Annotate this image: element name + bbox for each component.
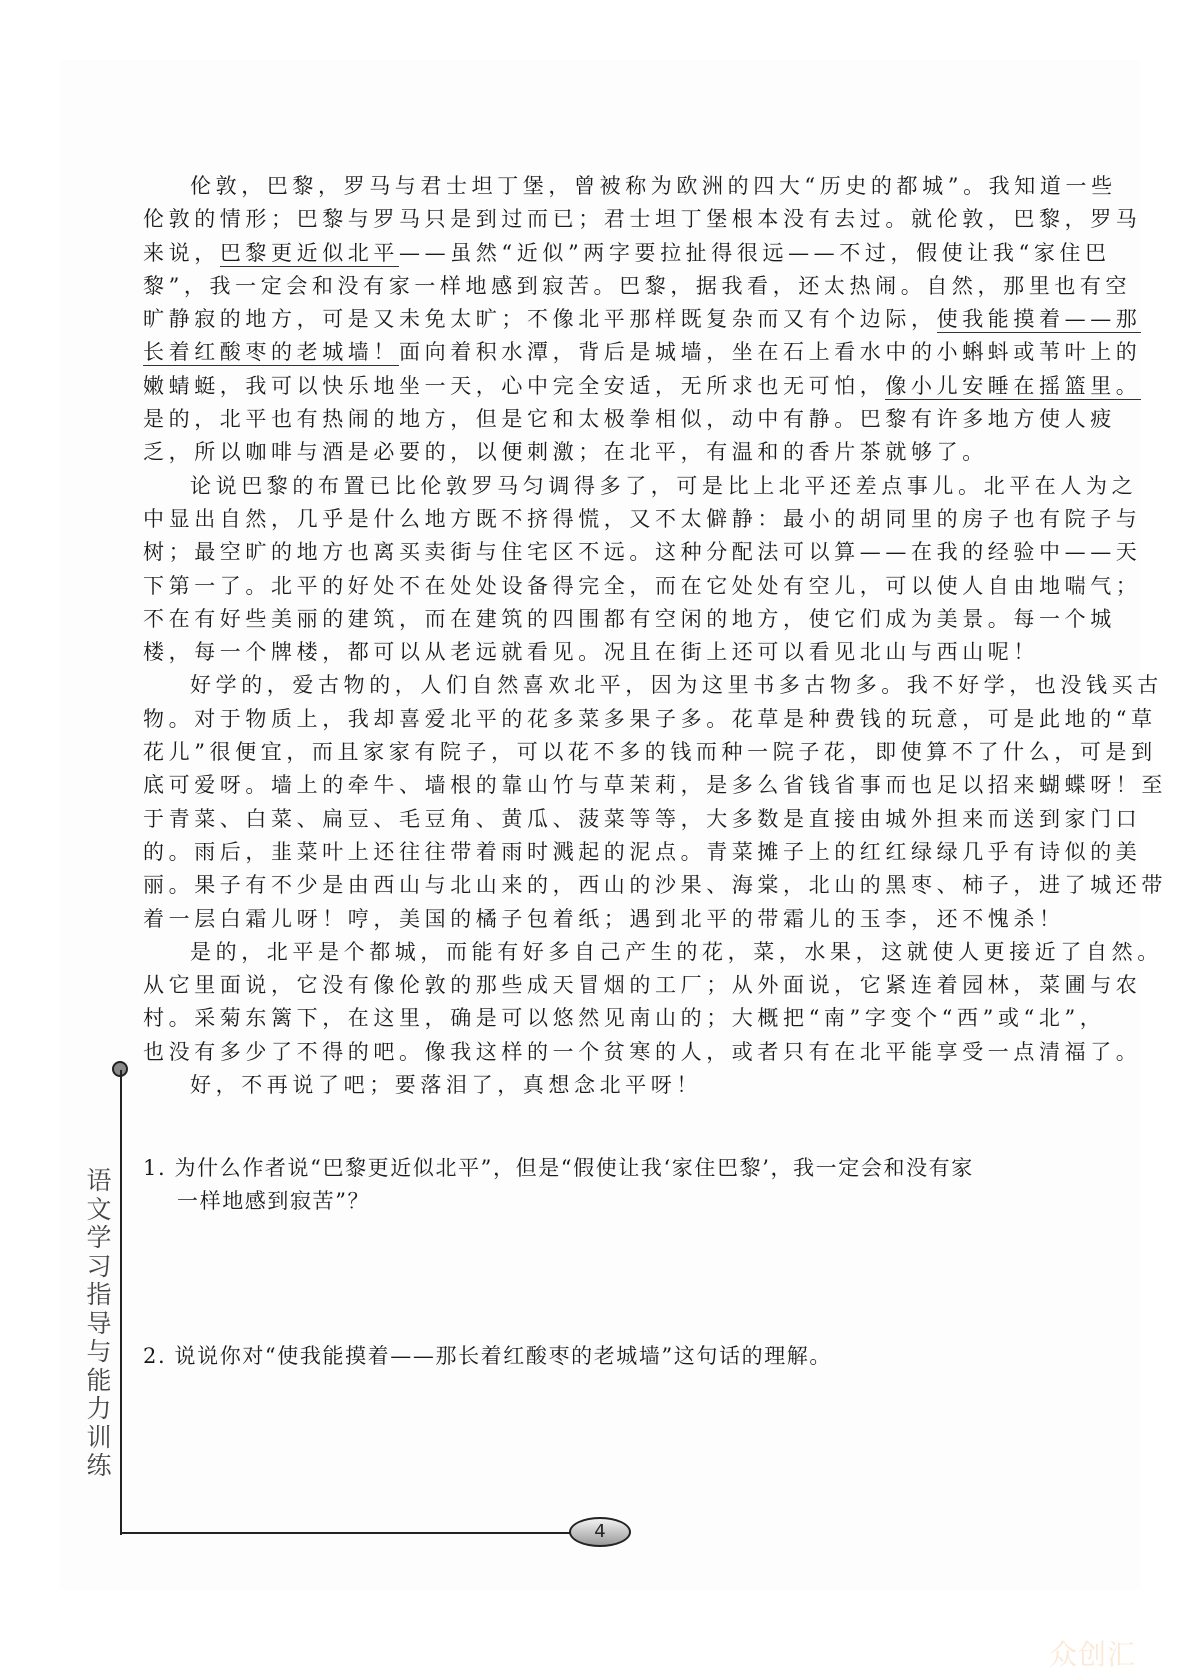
passage-text: 也没有多少了不得的吧。像我这样的一个贫寒的人，或者只有在北平能享受一点清福了。 [143,1040,1141,1064]
passage-text: 从它里面说，它没有像伦敦的那些成天冒烟的工厂；从外面说，它紧连着园林，菜圃与农 [143,973,1141,997]
passage-line: 丽。果子有不少是由西山与北山来的，西山的沙果、海棠，北山的黑枣、柿子，进了城还带 [143,869,1055,902]
book-title-char: 练 [84,1452,114,1481]
passage-text: 着一层白霜儿呀！哼，美国的橘子包着纸；遇到北平的带霜儿的玉李，还不愧杀！ [143,907,1065,931]
passage-line: 花儿”很便宜，而且家家有院子，可以花不多的钱而种一院子花，即使算不了什么，可是到 [143,736,1055,769]
passage-text: 伦敦的情形；巴黎与罗马只是到过而已；君士坦丁堡根本没有去过。就伦敦，巴黎，罗马 [143,207,1141,231]
passage-line: 不在有好些美丽的建筑，而在建筑的四围都有空闲的地方，使它们成为美景。每一个城 [143,603,1055,636]
underlined-phrase: 像小儿安睡在摇篮里。 [885,374,1141,400]
passage-line: 于青菜、白菜、扁豆、毛豆角、黄瓜、菠菜等等，大多数是直接由城外担来而送到家门口 [143,803,1055,836]
passage-line: 论说巴黎的布置已比伦敦罗马匀调得多了，可是比上北平还差点事儿。北平在人为之 [143,470,1055,503]
passage-text: 是的，北平也有热闹的地方，但是它和太极拳相似，动中有静。巴黎有许多地方使人疲 [143,407,1116,431]
passage-line: 伦敦，巴黎，罗马与君士坦丁堡，曾被称为欧洲的四大“历史的都城”。我知道一些 [143,170,1055,203]
passage-text: 楼，每一个牌楼，都可以从老远就看见。况且在街上还可以看见北山与西山呢！ [143,640,1039,664]
passage-line: 好学的，爱古物的，人们自然喜欢北平，因为这里书多古物多。我不好学，也没钱买古 [143,669,1055,702]
book-title-char: 能 [84,1367,114,1396]
passage-text: 论说巴黎的布置已比伦敦罗马匀调得多了，可是比上北平还差点事儿。北平在人为之 [190,474,1137,498]
footer-horizontal-rule [120,1532,572,1534]
passage-line: 下第一了。北平的好处不在处处设备得完全，而在它处处有空儿，可以使人自由地喘气； [143,570,1055,603]
passage-line: 黎”，我一定会和没有家一样地感到寂苦。巴黎，据我看，还太热闹。自然，那里也有空 [143,270,1055,303]
passage-text: 树；最空旷的地方也离买卖街与住宅区不远。这种分配法可以算——在我的经验中——天 [143,540,1141,564]
passage-text: 伦敦，巴黎，罗马与君士坦丁堡，曾被称为欧洲的四大“历史的都城”。我知道一些 [190,174,1117,198]
passage-line: 中显出自然，几乎是什么地方既不挤得慌，又不太僻静：最小的胡同里的房子也有院子与 [143,503,1055,536]
passage-text: 好，不再说了吧；要落泪了，真想念北平呀！ [190,1073,702,1097]
passage-line: 底可爱呀。墙上的牵牛、墙根的靠山竹与草茉莉，是多么省钱省事而也足以招来蝴蝶呀！至 [143,769,1055,802]
passage-text: 的。雨后，韭菜叶上还往往带着雨时溅起的泥点。青菜摊子上的红红绿绿几乎有诗似的美 [143,840,1141,864]
underlined-phrase: 巴黎更近似北平 [220,241,399,267]
passage-line: 村。采菊东篱下，在这里，确是可以悠然见南山的；大概把“南”字变个“西”或“北”， [143,1002,1055,1035]
book-title-char: 导 [84,1310,114,1339]
passage-line: 好，不再说了吧；要落泪了，真想念北平呀！ [143,1069,1055,1102]
passage-text: 好学的，爱古物的，人们自然喜欢北平，因为这里书多古物多。我不好学，也没钱买古 [190,673,1163,697]
passage-line: 的。雨后，韭菜叶上还往往带着雨时溅起的泥点。青菜摊子上的红红绿绿几乎有诗似的美 [143,836,1055,869]
passage-line: 乏，所以咖啡与酒是必要的，以便刺激；在北平，有温和的香片茶就够了。 [143,436,1055,469]
underlined-phrase: 使我能摸着——那 [937,307,1142,333]
passage-line: 是的，北平也有热闹的地方，但是它和太极拳相似，动中有静。巴黎有许多地方使人疲 [143,403,1055,436]
passage-text: 来说， [143,241,220,265]
passage-text: 旷静寂的地方，可是又未免太旷；不像北平那样既复杂而又有个边际， [143,307,937,331]
book-title-char: 力 [84,1395,114,1424]
book-title-vertical: 语文学习指导与能力训练 [84,1167,114,1481]
question-2-number: 2. [143,1344,166,1368]
book-title-char: 与 [84,1338,114,1367]
question-1-text: 为什么作者说“巴黎更近似北平”，但是“假使让我‘家住巴黎’，我一定会和没有家 [175,1156,974,1180]
book-title-char: 学 [84,1224,114,1253]
passage-line: 是的，北平是个都城，而能有好多自己产生的花，菜，水果，这就使人更接近了自然。 [143,936,1055,969]
book-title-char: 文 [84,1196,114,1225]
underlined-phrase: 长着红酸枣的老城墙！ [143,340,399,366]
passage-line: 从它里面说，它没有像伦敦的那些成天冒烟的工厂；从外面说，它紧连着园林，菜圃与农 [143,969,1055,1002]
question-2: 2. 说说你对“使我能摸着——那长着红酸枣的老城墙”这句话的理解。 [143,1340,1055,1373]
passage-text: 不在有好些美丽的建筑，而在建筑的四围都有空闲的地方，使它们成为美景。每一个城 [143,607,1116,631]
passage-line: 伦敦的情形；巴黎与罗马只是到过而已；君士坦丁堡根本没有去过。就伦敦，巴黎，罗马 [143,203,1055,236]
passage-line: 物。对于物质上，我却喜爱北平的花多菜多果子多。花草是种费钱的玩意，可是此地的“草 [143,703,1055,736]
book-title-char: 习 [84,1253,114,1282]
passage-text: 物。对于物质上，我却喜爱北平的花多菜多果子多。花草是种费钱的玩意，可是此地的“草 [143,707,1157,731]
reading-passage: 伦敦，巴黎，罗马与君士坦丁堡，曾被称为欧洲的四大“历史的都城”。我知道一些伦敦的… [143,170,1055,1102]
passage-text: 乏，所以咖啡与酒是必要的，以便刺激；在北平，有温和的香片茶就够了。 [143,440,988,464]
book-title-char: 指 [84,1281,114,1310]
passage-line: 来说，巴黎更近似北平——虽然“近似”两字要拉扯得很远——不过，假使让我“家住巴 [143,237,1055,270]
book-title-char: 语 [84,1167,114,1196]
passage-line: 长着红酸枣的老城墙！面向着积水潭，背后是城墙，坐在石上看水中的小蝌蚪或苇叶上的 [143,336,1055,369]
passage-text: 村。采菊东篱下，在这里，确是可以悠然见南山的；大概把“南”字变个“西”或“北”， [143,1006,1105,1030]
passage-line: 树；最空旷的地方也离买卖街与住宅区不远。这种分配法可以算——在我的经验中——天 [143,536,1055,569]
passage-line: 楼，每一个牌楼，都可以从老远就看见。况且在街上还可以看见北山与西山呢！ [143,636,1055,669]
question-1-line-1: 1. 为什么作者说“巴黎更近似北平”，但是“假使让我‘家住巴黎’，我一定会和没有… [143,1152,1055,1185]
passage-line: 着一层白霜儿呀！哼，美国的橘子包着纸；遇到北平的带霜儿的玉李，还不愧杀！ [143,903,1055,936]
passage-text: ——虽然“近似”两字要拉扯得很远——不过，假使让我“家住巴 [399,241,1111,265]
passage-text: 中显出自然，几乎是什么地方既不挤得慌，又不太僻静：最小的胡同里的房子也有院子与 [143,507,1141,531]
passage-text: 花儿”很便宜，而且家家有院子，可以花不多的钱而种一院子花，即使算不了什么，可是到 [143,740,1157,764]
passage-line: 嫩蜻蜓，我可以快乐地坐一天，心中完全安适，无所求也无可怕，像小儿安睡在摇篮里。 [143,370,1055,403]
sidebar-vertical-rule [120,1070,122,1535]
question-1: 1. 为什么作者说“巴黎更近似北平”，但是“假使让我‘家住巴黎’，我一定会和没有… [143,1152,1055,1218]
book-title-char: 训 [84,1424,114,1453]
questions-section: 1. 为什么作者说“巴黎更近似北平”，但是“假使让我‘家住巴黎’，我一定会和没有… [143,1152,1055,1373]
passage-text: 面向着积水潭，背后是城墙，坐在石上看水中的小蝌蚪或苇叶上的 [399,340,1141,364]
question-2-line-1: 2. 说说你对“使我能摸着——那长着红酸枣的老城墙”这句话的理解。 [143,1340,1055,1373]
question-1-number: 1. [143,1156,166,1180]
watermark-logo: 众创汇 [1049,1633,1136,1673]
page-number-badge: 4 [569,1517,631,1547]
passage-text: 丽。果子有不少是由西山与北山来的，西山的沙果、海棠，北山的黑枣、柿子，进了城还带 [143,873,1167,897]
passage-line: 也没有多少了不得的吧。像我这样的一个贫寒的人，或者只有在北平能享受一点清福了。 [143,1036,1055,1069]
passage-text: 嫩蜻蜓，我可以快乐地坐一天，心中完全安适，无所求也无可怕， [143,374,885,398]
passage-line: 旷静寂的地方，可是又未免太旷；不像北平那样既复杂而又有个边际，使我能摸着——那 [143,303,1055,336]
question-2-text: 说说你对“使我能摸着——那长着红酸枣的老城墙”这句话的理解。 [175,1344,832,1368]
passage-text: 底可爱呀。墙上的牵牛、墙根的靠山竹与草茉莉，是多么省钱省事而也足以招来蝴蝶呀！至 [143,773,1167,797]
question-1-line-2: 一样地感到寂苦”？ [143,1185,1055,1218]
passage-text: 下第一了。北平的好处不在处处设备得完全，而在它处处有空儿，可以使人自由地喘气； [143,574,1141,598]
passage-text: 黎”，我一定会和没有家一样地感到寂苦。巴黎，据我看，还太热闹。自然，那里也有空 [143,274,1131,298]
passage-text: 是的，北平是个都城，而能有好多自己产生的花，菜，水果，这就使人更接近了自然。 [190,940,1163,964]
passage-text: 于青菜、白菜、扁豆、毛豆角、黄瓜、菠菜等等，大多数是直接由城外担来而送到家门口 [143,807,1141,831]
